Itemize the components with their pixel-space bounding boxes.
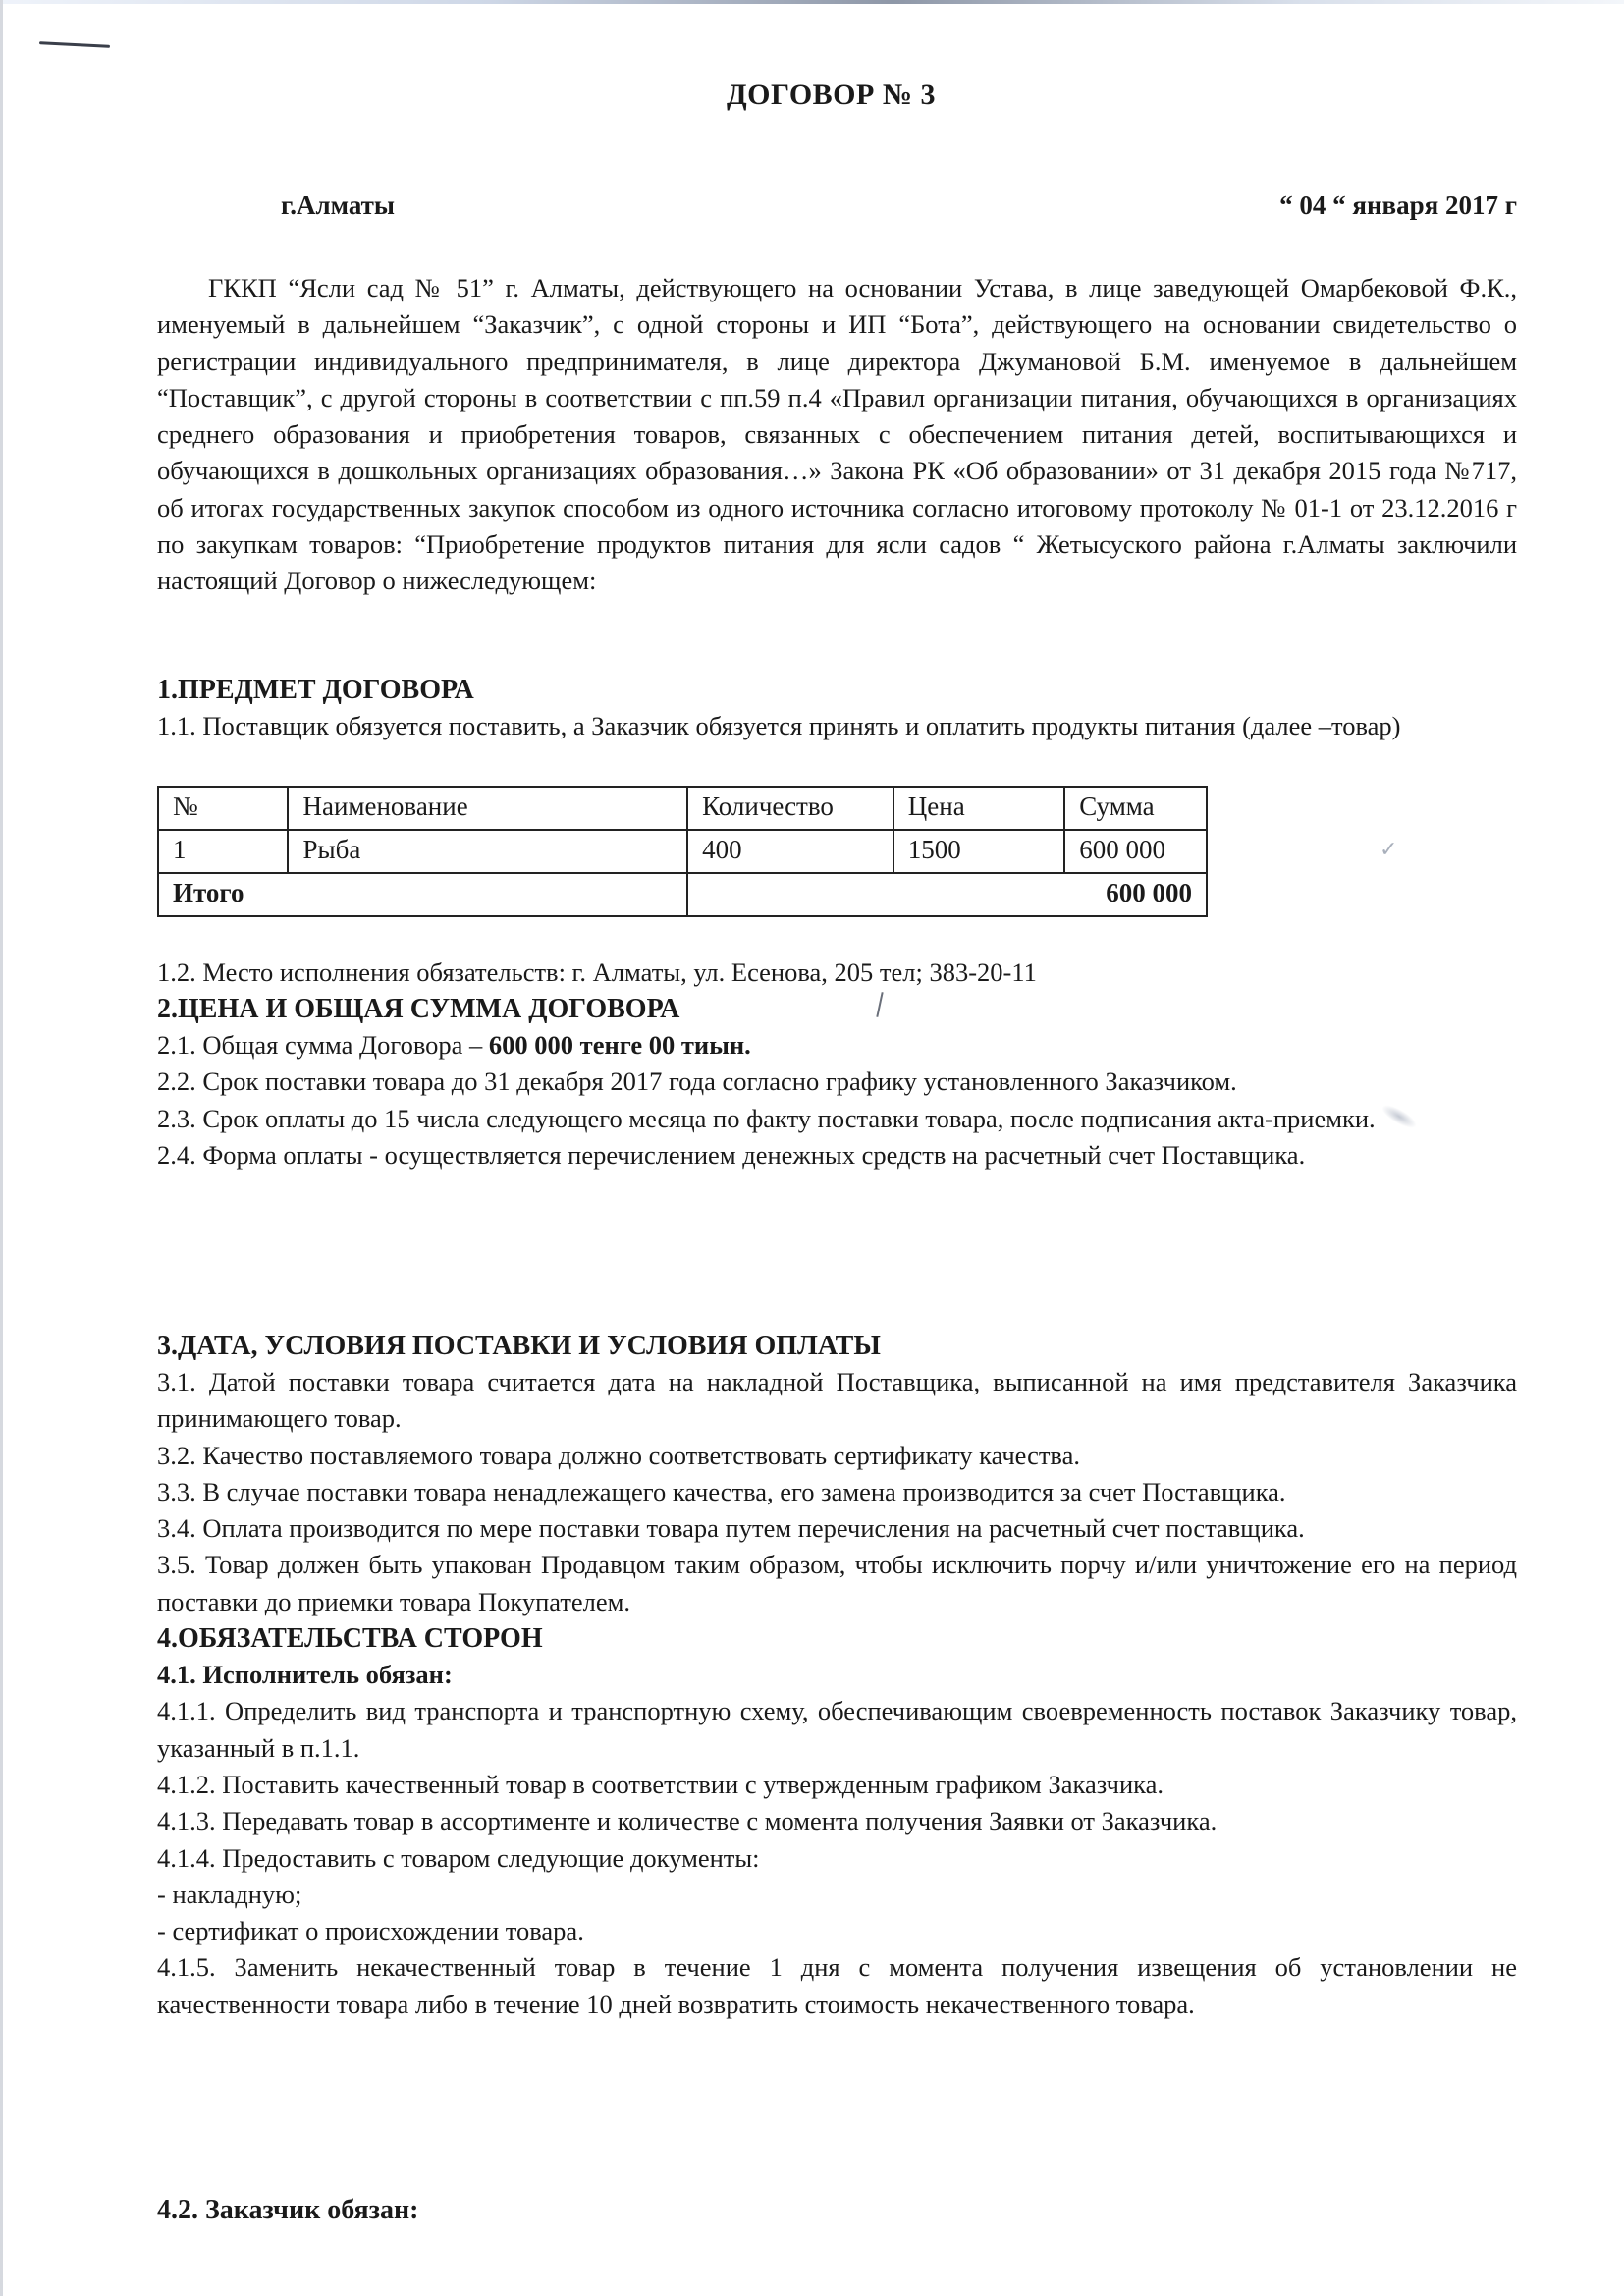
document-title: ДОГОВОР № 3: [727, 79, 936, 112]
contract-date: “ 04 “ января 2017 г: [1279, 191, 1517, 221]
cell-price: 1500: [893, 830, 1064, 873]
table-total-row: Итого 600 000: [158, 873, 1207, 916]
section-3: 3.ДАТА, УСЛОВИЯ ПОСТАВКИ И УСЛОВИЯ ОПЛАТ…: [157, 1328, 1517, 2023]
list-item-certificate: - сертификат о происхождении товара.: [157, 1913, 1517, 1949]
clause-1-1: 1.1. Поставщик обязуется поставить, а За…: [157, 708, 1517, 744]
section-4-heading: 4.ОБЯЗАТЕЛЬСТВА СТОРОН: [157, 1620, 1517, 1657]
intro-paragraph: ГККП “Ясли сад № 51” г. Алматы, действую…: [157, 270, 1517, 600]
checkmark-icon: ✓: [1380, 837, 1397, 862]
section-2: 2.ЦЕНА И ОБЩАЯ СУММА ДОГОВОРА 2.1. Общая…: [157, 991, 1517, 1174]
col-header-sum: Сумма: [1064, 787, 1207, 830]
section-1-2: 1.2. Место исполнения обязательств: г. А…: [157, 955, 1517, 991]
clause-3-5: 3.5. Товар должен быть упакован Продавцо…: [157, 1547, 1517, 1620]
section-1: 1.ПРЕДМЕТ ДОГОВОРА 1.1. Поставщик обязуе…: [157, 672, 1517, 744]
subsection-4-2: 4.2. Заказчик обязан:: [157, 2192, 1517, 2228]
clause-2-1: 2.1. Общая сумма Договора – 600 000 тенг…: [157, 1027, 1517, 1064]
clause-2-3: 2.3. Срок оплаты до 15 числа следующего …: [157, 1101, 1517, 1137]
cell-number: 1: [158, 830, 288, 873]
table-header-row: № Наименование Количество Цена Сумма: [158, 787, 1207, 830]
clause-2-1-text: 2.1. Общая сумма Договора –: [157, 1030, 489, 1060]
cell-sum: 600 000: [1064, 830, 1207, 873]
clause-4-1-4: 4.1.4. Предоставить с товаром следующие …: [157, 1840, 1517, 1877]
contract-amount: 600 000 тенге 00 тиын.: [489, 1030, 751, 1060]
clause-2-4: 2.4. Форма оплаты - осуществляется переч…: [157, 1137, 1517, 1174]
scan-edge-top: [0, 0, 1624, 4]
clause-3-4: 3.4. Оплата производится по мере поставк…: [157, 1510, 1517, 1547]
list-item-invoice: - накладную;: [157, 1877, 1517, 1913]
pen-mark: [39, 41, 110, 48]
col-header-name: Наименование: [288, 787, 687, 830]
clause-3-1: 3.1. Датой поставки товара считается дат…: [157, 1364, 1517, 1438]
clause-2-2: 2.2. Срок поставки товара до 31 декабря …: [157, 1064, 1517, 1100]
clause-4-1-2: 4.1.2. Поставить качественный товар в со…: [157, 1767, 1517, 1803]
col-header-number: №: [158, 787, 288, 830]
scan-edge-left: [0, 0, 3, 2296]
table-row: 1 Рыба 400 1500 600 000: [158, 830, 1207, 873]
section-1-heading: 1.ПРЕДМЕТ ДОГОВОРА: [157, 672, 1517, 708]
col-header-price: Цена: [893, 787, 1064, 830]
section-4-2: 4.2. Заказчик обязан:: [157, 2192, 1517, 2228]
cell-quantity: 400: [687, 830, 893, 873]
section-2-heading: 2.ЦЕНА И ОБЩАЯ СУММА ДОГОВОРА: [157, 991, 1517, 1027]
clause-4-1-3: 4.1.3. Передавать товар в ассортименте и…: [157, 1803, 1517, 1839]
total-value: 600 000: [687, 873, 1207, 916]
subsection-4-1: 4.1. Исполнитель обязан:: [157, 1657, 1517, 1693]
col-header-quantity: Количество: [687, 787, 893, 830]
section-3-heading: 3.ДАТА, УСЛОВИЯ ПОСТАВКИ И УСЛОВИЯ ОПЛАТ…: [157, 1328, 1517, 1364]
clause-3-3: 3.3. В случае поставки товара ненадлежащ…: [157, 1474, 1517, 1510]
goods-table: № Наименование Количество Цена Сумма 1 Р…: [157, 786, 1208, 917]
cell-name: Рыба: [288, 830, 687, 873]
clause-1-2: 1.2. Место исполнения обязательств: г. А…: [157, 955, 1517, 991]
clause-4-1-1: 4.1.1. Определить вид транспорта и транс…: [157, 1693, 1517, 1767]
clause-3-2: 3.2. Качество поставляемого товара должн…: [157, 1438, 1517, 1474]
city-label: г.Алматы: [281, 191, 395, 221]
total-label: Итого: [158, 873, 687, 916]
clause-4-1-5: 4.1.5. Заменить некачественный товар в т…: [157, 1949, 1517, 2023]
